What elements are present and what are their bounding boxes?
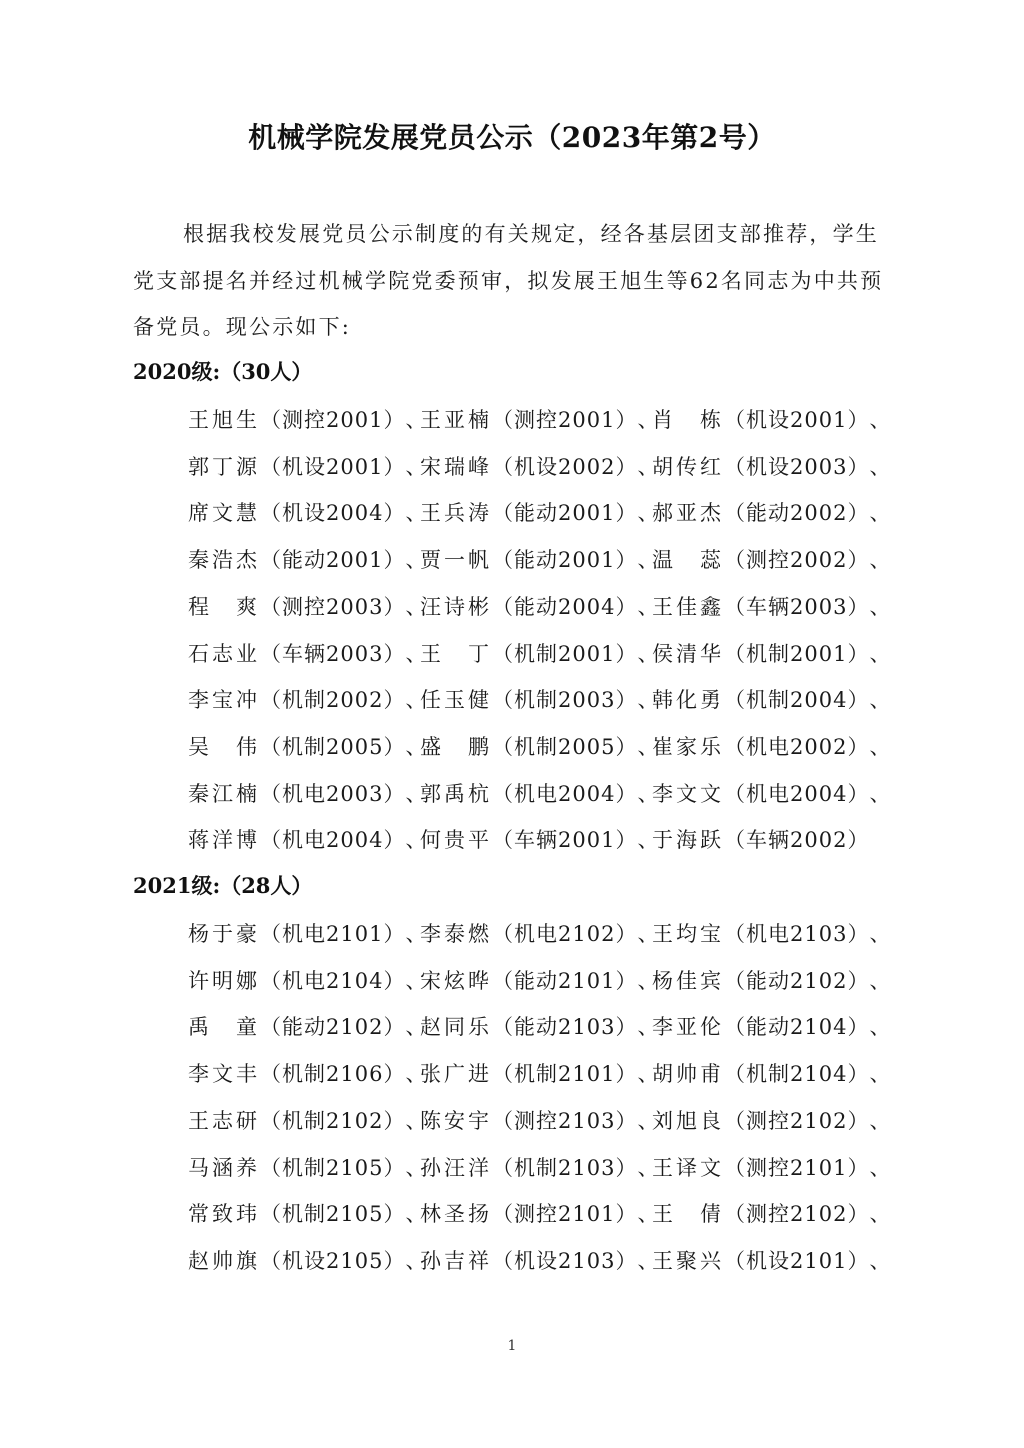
member-entry: 王兵涛（能动2001）、 (420, 497, 652, 527)
member-class: （能动2001） (260, 544, 405, 574)
member-class: （测控2003） (260, 591, 405, 621)
separator: 、 (869, 684, 891, 714)
member-entry: 于海跃（车辆2002） (652, 824, 884, 854)
member-class: （机电2103） (724, 918, 869, 948)
intro-line-3: 备党员。现公示如下: (133, 311, 351, 341)
member-name: 秦浩杰 (188, 544, 260, 574)
member-class: （机电2002） (724, 731, 869, 761)
separator: 、 (869, 1152, 891, 1182)
separator: 、 (869, 1058, 891, 1088)
member-name: 胡帅甫 (652, 1058, 724, 1088)
member-entry: 秦浩杰（能动2001）、 (188, 544, 420, 574)
member-entry: 王 倩（测控2102）、 (652, 1198, 884, 1228)
member-class: （能动2004） (492, 591, 637, 621)
section-heading-2021: 2021级:（28人） (133, 870, 312, 900)
member-name: 赵同乐 (420, 1011, 492, 1041)
member-entry: 肖 栋（机设2001）、 (652, 404, 884, 434)
member-name: 王兵涛 (420, 497, 492, 527)
member-class: （测控2103） (492, 1105, 637, 1135)
member-class: （机制2001） (492, 638, 637, 668)
member-class: （机电2104） (260, 965, 405, 995)
member-class: （能动2002） (724, 497, 869, 527)
member-entry: 李亚伦（能动2104）、 (652, 1011, 884, 1041)
member-entry: 李文文（机电2004）、 (652, 778, 884, 808)
separator: 、 (869, 1198, 891, 1228)
separator: 、 (869, 591, 891, 621)
member-name: 林圣扬 (420, 1198, 492, 1228)
member-name: 王均宝 (652, 918, 724, 948)
member-class: （机制2001） (724, 638, 869, 668)
member-entry: 王 丁（机制2001）、 (420, 638, 652, 668)
member-name: 李文文 (652, 778, 724, 808)
member-entry: 韩化勇（机制2004）、 (652, 684, 884, 714)
member-class: （测控2102） (724, 1198, 869, 1228)
member-name: 何贵平 (420, 824, 492, 854)
member-class: （机电2101） (260, 918, 405, 948)
member-entry: 席文慧（机设2004）、 (188, 497, 420, 527)
member-name: 禹 童 (188, 1011, 260, 1041)
member-name: 王佳鑫 (652, 591, 724, 621)
name-row: 王旭生（测控2001）、王亚楠（测控2001）、肖 栋（机设2001）、 (188, 404, 908, 434)
member-name: 汪诗彬 (420, 591, 492, 621)
member-class: （测控2102） (724, 1105, 869, 1135)
member-class: （车辆2001） (492, 824, 637, 854)
member-entry: 贾一帆（能动2001）、 (420, 544, 652, 574)
member-entry: 何贵平（车辆2001）、 (420, 824, 652, 854)
member-class: （机制2103） (492, 1152, 637, 1182)
member-name: 于海跃 (652, 824, 724, 854)
member-name: 席文慧 (188, 497, 260, 527)
member-name: 李泰燃 (420, 918, 492, 948)
separator: 、 (869, 1011, 891, 1041)
member-name: 崔家乐 (652, 731, 724, 761)
member-class: （车辆2003） (724, 591, 869, 621)
member-entry: 盛 鹏（机制2005）、 (420, 731, 652, 761)
name-row: 马涵养（机制2105）、孙汪洋（机制2103）、王译文（测控2101）、 (188, 1152, 908, 1182)
member-entry: 宋炫晔（能动2101）、 (420, 965, 652, 995)
name-row: 杨于豪（机电2101）、李泰燃（机电2102）、王均宝（机电2103）、 (188, 918, 908, 948)
intro-line-1: 根据我校发展党员公示制度的有关规定，经各基层团支部推荐，学生 (183, 218, 879, 248)
member-class: （机设2003） (724, 451, 869, 481)
member-class: （机电2102） (492, 918, 637, 948)
member-entry: 许明娜（机电2104）、 (188, 965, 420, 995)
name-row: 秦浩杰（能动2001）、贾一帆（能动2001）、温 蕊（测控2002）、 (188, 544, 908, 574)
member-class: （机制2002） (260, 684, 405, 714)
member-entry: 侯清华（机制2001）、 (652, 638, 884, 668)
member-name: 韩化勇 (652, 684, 724, 714)
member-class: （机制2106） (260, 1058, 405, 1088)
separator: 、 (869, 451, 891, 481)
member-name: 赵帅旗 (188, 1245, 260, 1275)
member-entry: 吴 伟（机制2005）、 (188, 731, 420, 761)
member-name: 张广进 (420, 1058, 492, 1088)
member-name: 石志业 (188, 638, 260, 668)
member-entry: 胡帅甫（机制2104）、 (652, 1058, 884, 1088)
member-class: （机电2004） (724, 778, 869, 808)
separator: 、 (869, 544, 891, 574)
separator: 、 (869, 965, 891, 995)
member-name: 王 丁 (420, 638, 492, 668)
member-class: （测控2101） (492, 1198, 637, 1228)
name-row: 王志研（机制2102）、陈安宇（测控2103）、刘旭良（测控2102）、 (188, 1105, 908, 1135)
name-row: 程 爽（测控2003）、汪诗彬（能动2004）、王佳鑫（车辆2003）、 (188, 591, 908, 621)
separator: 、 (869, 497, 891, 527)
member-entry: 胡传红（机设2003）、 (652, 451, 884, 481)
member-name: 李宝冲 (188, 684, 260, 714)
member-entry: 程 爽（测控2003）、 (188, 591, 420, 621)
member-class: （能动2001） (492, 544, 637, 574)
member-name: 李亚伦 (652, 1011, 724, 1041)
member-name: 王亚楠 (420, 404, 492, 434)
member-entry: 宋瑞峰（机设2002）、 (420, 451, 652, 481)
member-class: （机制2104） (724, 1058, 869, 1088)
member-name: 宋炫晔 (420, 965, 492, 995)
name-row: 许明娜（机电2104）、宋炫晔（能动2101）、杨佳宾（能动2102）、 (188, 965, 908, 995)
member-name: 常致玮 (188, 1198, 260, 1228)
member-name: 王译文 (652, 1152, 724, 1182)
member-entry: 王志研（机制2102）、 (188, 1105, 420, 1135)
member-class: （能动2104） (724, 1011, 869, 1041)
member-name: 吴 伟 (188, 731, 260, 761)
member-entry: 郭禹杭（机电2004）、 (420, 778, 652, 808)
member-name: 马涵养 (188, 1152, 260, 1182)
member-class: （能动2101） (492, 965, 637, 995)
member-entry: 杨佳宾（能动2102）、 (652, 965, 884, 995)
member-entry: 王均宝（机电2103）、 (652, 918, 884, 948)
member-entry: 温 蕊（测控2002）、 (652, 544, 884, 574)
member-class: （机制2105） (260, 1152, 405, 1182)
name-row: 李宝冲（机制2002）、任玉健（机制2003）、韩化勇（机制2004）、 (188, 684, 908, 714)
member-name: 郭丁源 (188, 451, 260, 481)
member-class: （机制2101） (492, 1058, 637, 1088)
name-row: 秦江楠（机电2003）、郭禹杭（机电2004）、李文文（机电2004）、 (188, 778, 908, 808)
member-class: （测控2101） (724, 1152, 869, 1182)
member-name: 王 倩 (652, 1198, 724, 1228)
member-name: 肖 栋 (652, 404, 724, 434)
member-name: 杨于豪 (188, 918, 260, 948)
member-class: （机设2001） (260, 451, 405, 481)
member-entry: 孙汪洋（机制2103）、 (420, 1152, 652, 1182)
member-name: 刘旭良 (652, 1105, 724, 1135)
member-class: （测控2001） (492, 404, 637, 434)
name-row: 石志业（车辆2003）、王 丁（机制2001）、侯清华（机制2001）、 (188, 638, 908, 668)
separator: 、 (869, 404, 891, 434)
member-class: （机制2005） (492, 731, 637, 761)
member-entry: 赵帅旗（机设2105）、 (188, 1245, 420, 1275)
member-entry: 任玉健（机制2003）、 (420, 684, 652, 714)
member-class: （机设2103） (492, 1245, 637, 1275)
separator: 、 (869, 1105, 891, 1135)
member-name: 蒋洋博 (188, 824, 260, 854)
member-name: 温 蕊 (652, 544, 724, 574)
member-entry: 王译文（测控2101）、 (652, 1152, 884, 1182)
member-name: 许明娜 (188, 965, 260, 995)
separator: 、 (869, 638, 891, 668)
name-row: 郭丁源（机设2001）、宋瑞峰（机设2002）、胡传红（机设2003）、 (188, 451, 908, 481)
separator: 、 (869, 918, 891, 948)
name-row: 吴 伟（机制2005）、盛 鹏（机制2005）、崔家乐（机电2002）、 (188, 731, 908, 761)
member-name: 陈安宇 (420, 1105, 492, 1135)
name-row: 禹 童（能动2102）、赵同乐（能动2103）、李亚伦（能动2104）、 (188, 1011, 908, 1041)
page-number: 1 (0, 1338, 1024, 1354)
member-name: 侯清华 (652, 638, 724, 668)
member-class: （机制2102） (260, 1105, 405, 1135)
member-class: （机电2004） (492, 778, 637, 808)
member-entry: 李宝冲（机制2002）、 (188, 684, 420, 714)
section-heading-2020: 2020级:（30人） (133, 356, 312, 386)
member-class: （机设2004） (260, 497, 405, 527)
member-name: 宋瑞峰 (420, 451, 492, 481)
member-entry: 孙吉祥（机设2103）、 (420, 1245, 652, 1275)
member-class: （测控2001） (260, 404, 405, 434)
separator: 、 (869, 778, 891, 808)
member-name: 贾一帆 (420, 544, 492, 574)
member-class: （车辆2003） (260, 638, 405, 668)
member-entry: 刘旭良（测控2102）、 (652, 1105, 884, 1135)
member-entry: 秦江楠（机电2003）、 (188, 778, 420, 808)
member-entry: 郭丁源（机设2001）、 (188, 451, 420, 481)
member-class: （机制2005） (260, 731, 405, 761)
member-class: （机制2105） (260, 1198, 405, 1228)
member-name: 胡传红 (652, 451, 724, 481)
member-name: 李文丰 (188, 1058, 260, 1088)
member-name: 郭禹杭 (420, 778, 492, 808)
member-class: （能动2102） (260, 1011, 405, 1041)
member-class: （车辆2002） (724, 824, 869, 854)
member-class: （机设2001） (724, 404, 869, 434)
member-entry: 王佳鑫（车辆2003）、 (652, 591, 884, 621)
member-entry: 李文丰（机制2106）、 (188, 1058, 420, 1088)
member-name: 王志研 (188, 1105, 260, 1135)
member-name: 盛 鹏 (420, 731, 492, 761)
member-class: （机制2004） (724, 684, 869, 714)
name-row: 蒋洋博（机电2004）、何贵平（车辆2001）、于海跃（车辆2002） (188, 824, 908, 854)
intro-line-2: 党支部提名并经过机械学院党委预审，拟发展王旭生等62名同志为中共预 (133, 265, 883, 295)
name-row: 李文丰（机制2106）、张广进（机制2101）、胡帅甫（机制2104）、 (188, 1058, 908, 1088)
member-class: （能动2102） (724, 965, 869, 995)
member-entry: 王亚楠（测控2001）、 (420, 404, 652, 434)
member-name: 孙汪洋 (420, 1152, 492, 1182)
member-entry: 石志业（车辆2003）、 (188, 638, 420, 668)
name-row: 席文慧（机设2004）、王兵涛（能动2001）、郝亚杰（能动2002）、 (188, 497, 908, 527)
member-entry: 陈安宇（测控2103）、 (420, 1105, 652, 1135)
member-name: 郝亚杰 (652, 497, 724, 527)
member-name: 杨佳宾 (652, 965, 724, 995)
name-row: 赵帅旗（机设2105）、孙吉祥（机设2103）、王聚兴（机设2101）、 (188, 1245, 908, 1275)
member-entry: 蒋洋博（机电2004）、 (188, 824, 420, 854)
member-entry: 李泰燃（机电2102）、 (420, 918, 652, 948)
member-entry: 崔家乐（机电2002）、 (652, 731, 884, 761)
member-entry: 汪诗彬（能动2004）、 (420, 591, 652, 621)
document-title: 机械学院发展党员公示（2023年第2号） (0, 116, 1024, 156)
member-class: （机设2002） (492, 451, 637, 481)
member-class: （能动2103） (492, 1011, 637, 1041)
member-name: 王旭生 (188, 404, 260, 434)
member-class: （机电2003） (260, 778, 405, 808)
member-entry: 王聚兴（机设2101）、 (652, 1245, 884, 1275)
separator: 、 (869, 731, 891, 761)
member-entry: 林圣扬（测控2101）、 (420, 1198, 652, 1228)
member-name: 程 爽 (188, 591, 260, 621)
member-entry: 郝亚杰（能动2002）、 (652, 497, 884, 527)
member-entry: 赵同乐（能动2103）、 (420, 1011, 652, 1041)
member-entry: 马涵养（机制2105）、 (188, 1152, 420, 1182)
member-name: 任玉健 (420, 684, 492, 714)
member-entry: 张广进（机制2101）、 (420, 1058, 652, 1088)
member-class: （机电2004） (260, 824, 405, 854)
member-entry: 常致玮（机制2105）、 (188, 1198, 420, 1228)
member-class: （机设2105） (260, 1245, 405, 1275)
member-name: 王聚兴 (652, 1245, 724, 1275)
member-entry: 杨于豪（机电2101）、 (188, 918, 420, 948)
member-entry: 禹 童（能动2102）、 (188, 1011, 420, 1041)
member-name: 孙吉祥 (420, 1245, 492, 1275)
member-name: 秦江楠 (188, 778, 260, 808)
member-class: （测控2002） (724, 544, 869, 574)
separator: 、 (869, 1245, 891, 1275)
member-entry: 王旭生（测控2001）、 (188, 404, 420, 434)
member-class: （能动2001） (492, 497, 637, 527)
member-class: （机设2101） (724, 1245, 869, 1275)
member-class: （机制2003） (492, 684, 637, 714)
name-row: 常致玮（机制2105）、林圣扬（测控2101）、王 倩（测控2102）、 (188, 1198, 908, 1228)
